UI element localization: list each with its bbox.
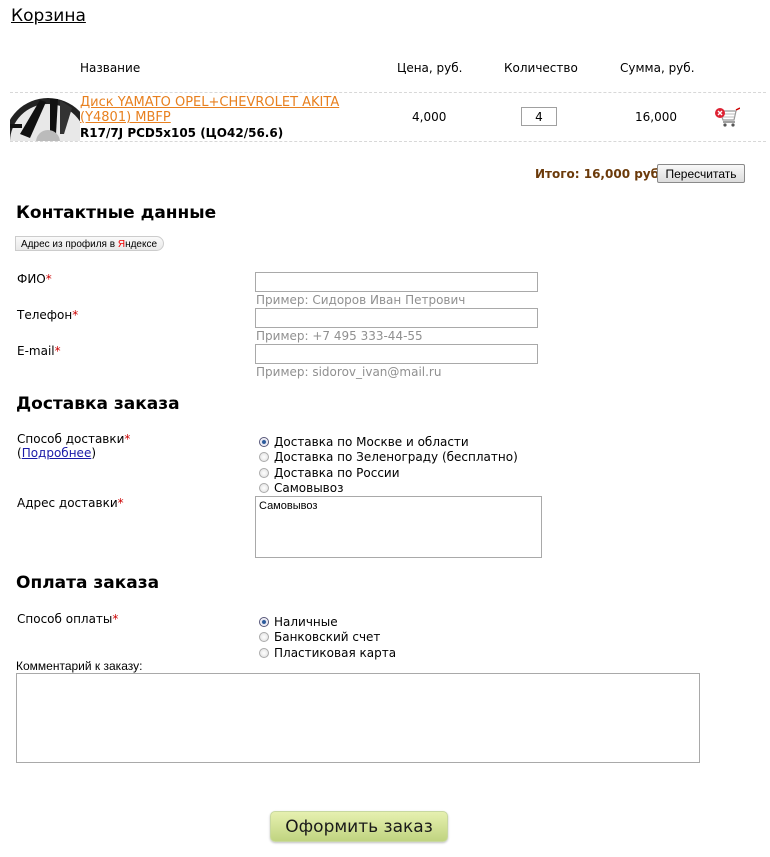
email-hint: Пример: sidorov_ivan@mail.ru <box>256 365 441 379</box>
product-thumbnail[interactable] <box>10 94 80 141</box>
radio-icon[interactable] <box>259 632 269 642</box>
delivery-option-zelenograd[interactable]: Доставка по Зеленограду (бесплатно) <box>259 449 518 464</box>
payment-heading: Оплата заказа <box>16 573 159 593</box>
field-label-phone: Телефон* <box>17 308 78 322</box>
place-order-button[interactable]: Оформить заказ <box>270 811 448 842</box>
comment-textarea[interactable] <box>16 673 700 763</box>
field-label-fio: ФИО* <box>17 272 52 286</box>
required-marker: * <box>55 344 61 358</box>
fio-input[interactable] <box>255 272 538 292</box>
delivery-heading: Доставка заказа <box>16 394 180 414</box>
required-marker: * <box>46 272 52 286</box>
delivery-more: (Подробнее) <box>17 446 96 460</box>
radio-selected-icon[interactable] <box>259 437 269 447</box>
page-title-cart-link[interactable]: Корзина <box>11 6 86 26</box>
delivery-details-link[interactable]: Подробнее <box>22 446 92 460</box>
field-label-email: E-mail* <box>17 344 61 358</box>
delivery-address-textarea[interactable]: Самовывоз <box>255 496 542 558</box>
yandex-button-text: Адрес из профиля в <box>21 239 118 250</box>
cart-remove-icon[interactable] <box>714 106 740 128</box>
column-header-sum: Сумма, руб. <box>620 61 695 75</box>
required-marker: * <box>112 612 118 626</box>
delivery-method-label: Способ доставки* <box>17 432 130 446</box>
row-divider <box>10 92 766 93</box>
yandex-logo-first: Я <box>118 239 125 250</box>
delivery-option-russia[interactable]: Доставка по России <box>259 465 400 480</box>
required-marker: * <box>124 432 130 446</box>
row-divider <box>10 141 766 142</box>
item-sum: 16,000 <box>635 110 677 124</box>
radio-icon[interactable] <box>259 648 269 658</box>
column-header-quantity: Количество <box>504 61 578 75</box>
radio-icon[interactable] <box>259 452 269 462</box>
fio-hint: Пример: Сидоров Иван Петрович <box>256 293 465 307</box>
delivery-address-label: Адрес доставки* <box>17 496 124 510</box>
item-price: 4,000 <box>412 110 446 124</box>
payment-method-label: Способ оплаты* <box>17 612 118 626</box>
contacts-heading: Контактные данные <box>16 203 216 223</box>
email-input[interactable] <box>255 344 538 364</box>
cart-total: Итого: 16,000 руб. <box>535 167 664 181</box>
delivery-option-pickup[interactable]: Самовывоз <box>259 480 343 495</box>
radio-icon[interactable] <box>259 468 269 478</box>
recalculate-button[interactable]: Пересчитать <box>657 164 745 183</box>
radio-icon[interactable] <box>259 483 269 493</box>
delivery-option-moscow[interactable]: Доставка по Москве и области <box>259 434 469 449</box>
payment-option-cash[interactable]: Наличные <box>259 614 338 629</box>
quantity-input[interactable] <box>521 107 557 126</box>
column-header-price: Цена, руб. <box>397 61 462 75</box>
yandex-profile-address-button[interactable]: Адрес из профиля в Яндексе <box>15 236 164 251</box>
required-marker: * <box>118 496 124 510</box>
yandex-logo-rest: ндексе <box>125 239 157 250</box>
radio-selected-icon[interactable] <box>259 617 269 627</box>
comment-label: Комментарий к заказу: <box>16 659 142 673</box>
product-spec: R17/7J PCD5x105 (ЦО42/56.6) <box>80 126 283 140</box>
phone-input[interactable] <box>255 308 538 328</box>
payment-option-bank[interactable]: Банковский счет <box>259 629 380 644</box>
product-link[interactable]: Диск YAMATO OPEL+CHEVROLET AKITA (Y4801)… <box>80 95 380 125</box>
payment-option-card[interactable]: Пластиковая карта <box>259 645 396 660</box>
column-header-name: Название <box>80 61 140 75</box>
required-marker: * <box>72 308 78 322</box>
phone-hint: Пример: +7 495 333-44-55 <box>256 329 423 343</box>
